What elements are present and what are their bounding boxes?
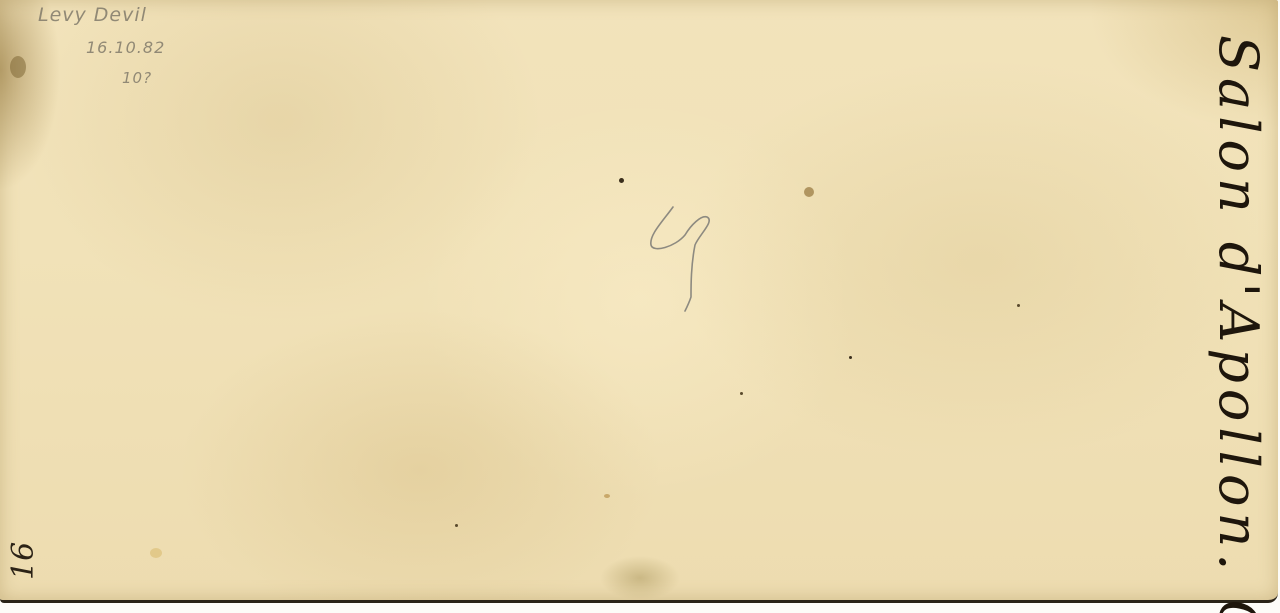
- foxing-speck: [849, 356, 852, 359]
- foxing-speck: [740, 392, 743, 395]
- foxing-speck: [1017, 304, 1020, 307]
- foxing-speck: [455, 524, 458, 527]
- foxing-speck: [619, 178, 624, 183]
- card-back: Levy Devil 16.10.82 10? 16 Salon d'Apoll…: [0, 0, 1278, 603]
- pencil-center-mark: [645, 205, 725, 315]
- ink-catalog-number: 16: [6, 542, 41, 580]
- ink-title-inscription: Salon d'Apollon. Castle: [1210, 35, 1266, 595]
- pencil-note-name: Levy Devil: [38, 4, 147, 26]
- foxing-speck: [804, 187, 814, 197]
- foxing-speck: [10, 56, 26, 78]
- foxing-speck: [150, 548, 162, 558]
- scan-background: Levy Devil 16.10.82 10? 16 Salon d'Apoll…: [0, 0, 1280, 613]
- pencil-note-number: 10?: [122, 69, 152, 87]
- foxing-speck: [604, 494, 610, 498]
- pencil-note-date: 16.10.82: [86, 38, 165, 57]
